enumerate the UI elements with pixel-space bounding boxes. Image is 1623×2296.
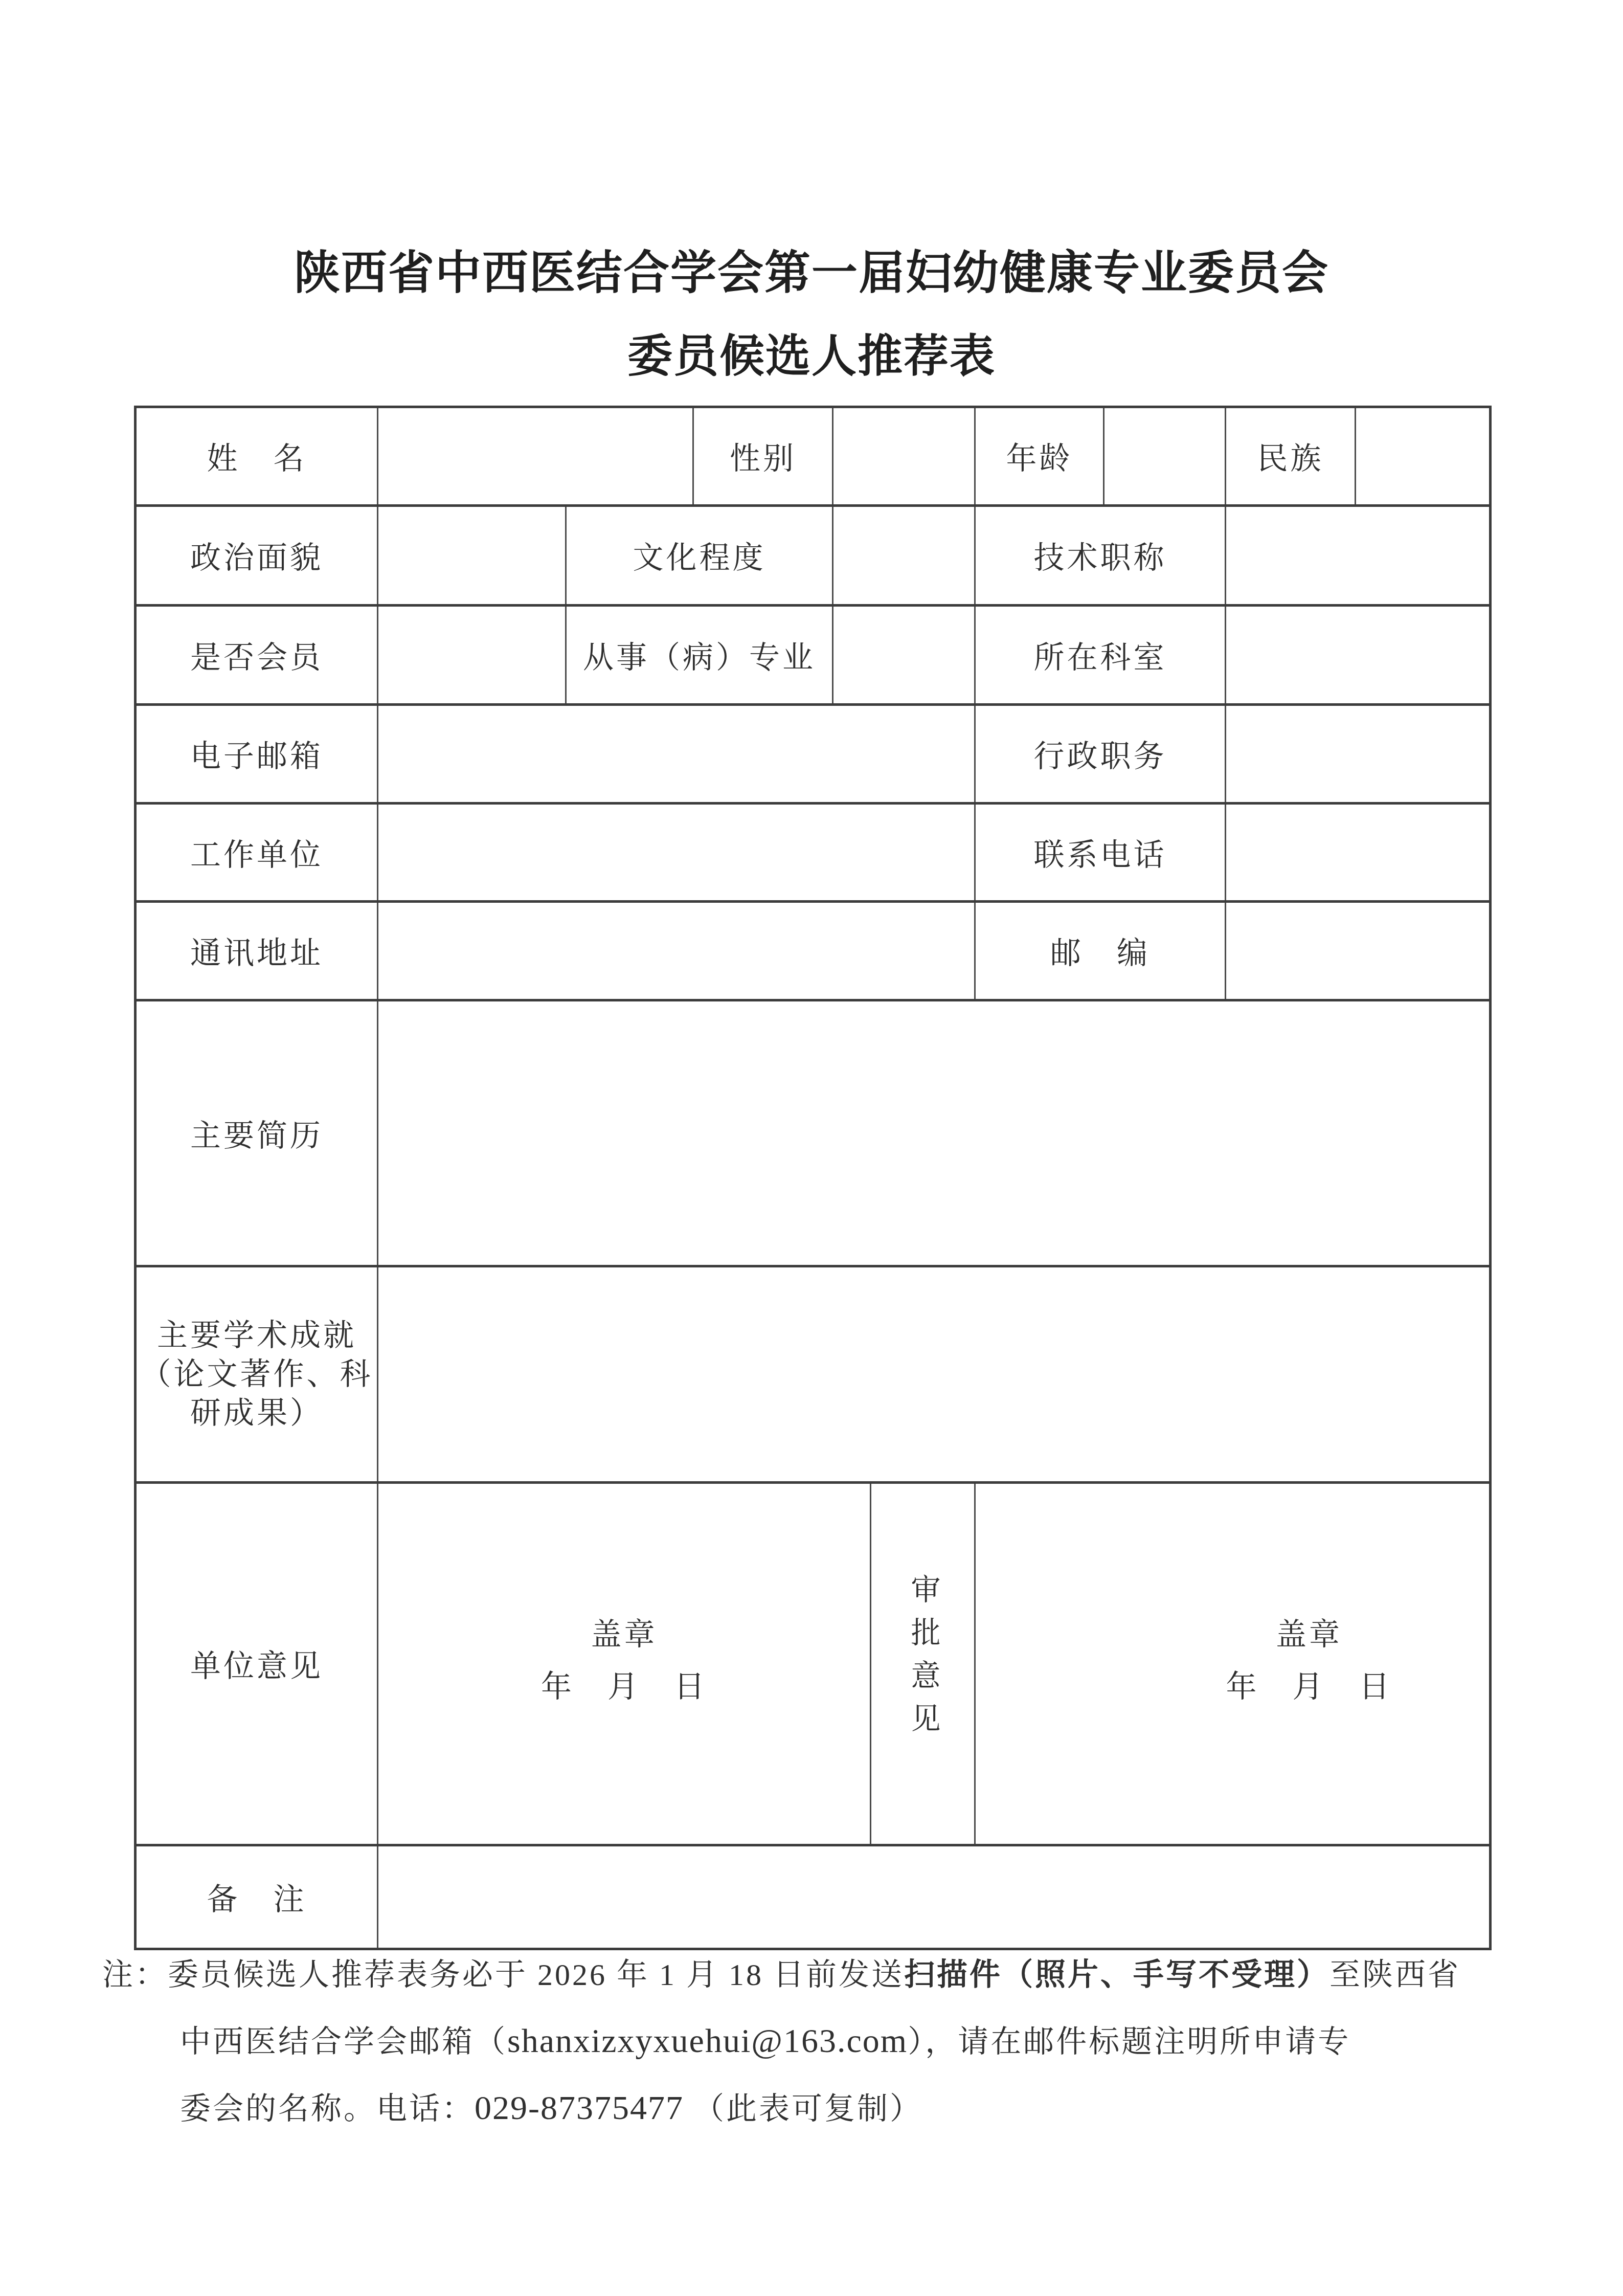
approval-opinion-value-cell: 盖章 年 月 日: [975, 1483, 1491, 1845]
specialty-label: 从事（病）专业: [566, 606, 833, 705]
note-line2-after-email: ），请在邮件标题注明所申请专: [908, 2025, 1350, 2059]
row-name-gender-age-ethnicity: 姓 名 性别 年龄 民族: [136, 407, 1491, 506]
note-line1-suffix: 至陕西省: [1329, 1958, 1460, 1992]
remarks-value-cell: [378, 1845, 1491, 1949]
row-achievements: 主要学术成就 （论文著作、科 研成果）: [136, 1266, 1491, 1483]
footer-note-line2: 中西医结合学会邮箱（shanxizxyxuehui@163.com），请在邮件标…: [102, 2008, 1549, 2075]
gender-label: 性别: [693, 407, 833, 506]
approval-opinion-label-cell: 审批意见: [871, 1483, 975, 1845]
unit-seal-label: 盖章: [378, 1610, 870, 1654]
employer-label: 工作单位: [136, 804, 378, 902]
resume-value-cell: [378, 1000, 1491, 1266]
address-label: 通讯地址: [136, 902, 378, 1000]
department-label: 所在科室: [975, 606, 1226, 705]
ethnicity-value-cell: [1356, 407, 1491, 506]
row-opinions: 单位意见 盖章 年 月 日 审批意见 盖章 年 月 日: [136, 1483, 1491, 1845]
age-value-cell: [1104, 407, 1226, 506]
row-political-education-title: 政治面貌 文化程度 技术职称: [136, 506, 1491, 606]
membership-value-cell: [378, 606, 566, 705]
admin-post-label: 行政职务: [975, 705, 1226, 804]
age-label: 年龄: [975, 407, 1104, 506]
department-value-cell: [1226, 606, 1491, 705]
note-line1-prefix: 注：委员候选人推荐表务必于 2026 年 1 月 18 日前发送: [102, 1958, 904, 1992]
document-title-line2: 委员候选人推荐表: [0, 335, 1623, 380]
name-label: 姓 名: [136, 407, 378, 506]
unit-opinion-seal-block: 盖章 年 月 日: [378, 1610, 870, 1718]
note-line3-prefix: 委会的名称。电话：: [180, 2092, 475, 2126]
name-value-cell: [378, 407, 693, 506]
footer-note-line1: 注：委员候选人推荐表务必于 2026 年 1 月 18 日前发送扫描件（照片、手…: [102, 1942, 1549, 2008]
approval-seal-label: 盖章: [1052, 1610, 1491, 1654]
resume-label: 主要简历: [136, 1000, 378, 1266]
membership-label: 是否会员: [136, 606, 378, 705]
political-status-label: 政治面貌: [136, 506, 378, 606]
contact-email: shanxizxyxuehui@163.com: [507, 2022, 908, 2060]
achievements-value-cell: [378, 1266, 1491, 1483]
footer-note-line3: 委会的名称。电话：029-87375477 （此表可复制）: [102, 2075, 1549, 2142]
candidate-recommendation-form-table: 姓 名 性别 年龄 民族 政治面貌 文化程度 技术职称 是否会员 从事（病）专业…: [134, 406, 1492, 1950]
education-label: 文化程度: [566, 506, 833, 606]
tech-title-label: 技术职称: [975, 506, 1226, 606]
approval-seal-block: 盖章 年 月 日: [1052, 1610, 1491, 1718]
tech-title-value-cell: [1226, 506, 1491, 606]
unit-date-label: 年 月 日: [378, 1662, 870, 1706]
row-membership-specialty-department: 是否会员 从事（病）专业 所在科室: [136, 606, 1491, 705]
achievements-label-line1: 主要学术成就: [137, 1316, 377, 1355]
approval-opinion-label: 审批意见: [907, 1574, 939, 1746]
approval-date-label: 年 月 日: [1052, 1662, 1491, 1706]
achievements-label-line3: 研成果）: [137, 1394, 377, 1433]
gender-value-cell: [833, 407, 975, 506]
note-line3-suffix: （此表可复制）: [684, 2092, 922, 2126]
unit-opinion-value-cell: 盖章 年 月 日: [378, 1483, 871, 1845]
education-value-cell: [833, 506, 975, 606]
unit-opinion-label: 单位意见: [136, 1483, 378, 1845]
row-employer-phone: 工作单位 联系电话: [136, 804, 1491, 902]
row-address-postcode: 通讯地址 邮 编: [136, 902, 1491, 1000]
postcode-label: 邮 编: [975, 902, 1226, 1000]
ethnicity-label: 民族: [1226, 407, 1356, 506]
note-line1-bold-segment: 扫描件（照片、手写不受理）: [904, 1958, 1329, 1992]
email-value-cell: [378, 705, 975, 804]
postcode-value-cell: [1226, 902, 1491, 1000]
row-email-adminpost: 电子邮箱 行政职务: [136, 705, 1491, 804]
row-resume: 主要简历: [136, 1000, 1491, 1266]
phone-value-cell: [1226, 804, 1491, 902]
email-label: 电子邮箱: [136, 705, 378, 804]
address-value-cell: [378, 902, 975, 1000]
phone-label: 联系电话: [975, 804, 1226, 902]
document-title-line1: 陕西省中西医结合学会第一届妇幼健康专业委员会: [0, 251, 1623, 297]
political-status-value-cell: [378, 506, 566, 606]
achievements-label: 主要学术成就 （论文著作、科 研成果）: [136, 1266, 378, 1483]
specialty-value-cell: [833, 606, 975, 705]
contact-phone: 029-87375477: [475, 2089, 684, 2127]
footer-notes: 注：委员候选人推荐表务必于 2026 年 1 月 18 日前发送扫描件（照片、手…: [102, 1942, 1549, 2142]
achievements-label-line2: （论文著作、科: [137, 1355, 377, 1394]
admin-post-value-cell: [1226, 705, 1491, 804]
row-remarks: 备 注: [136, 1845, 1491, 1949]
note-line2-before-email: 中西医结合学会邮箱（: [180, 2025, 507, 2059]
employer-value-cell: [378, 804, 975, 902]
remarks-label: 备 注: [136, 1845, 378, 1949]
